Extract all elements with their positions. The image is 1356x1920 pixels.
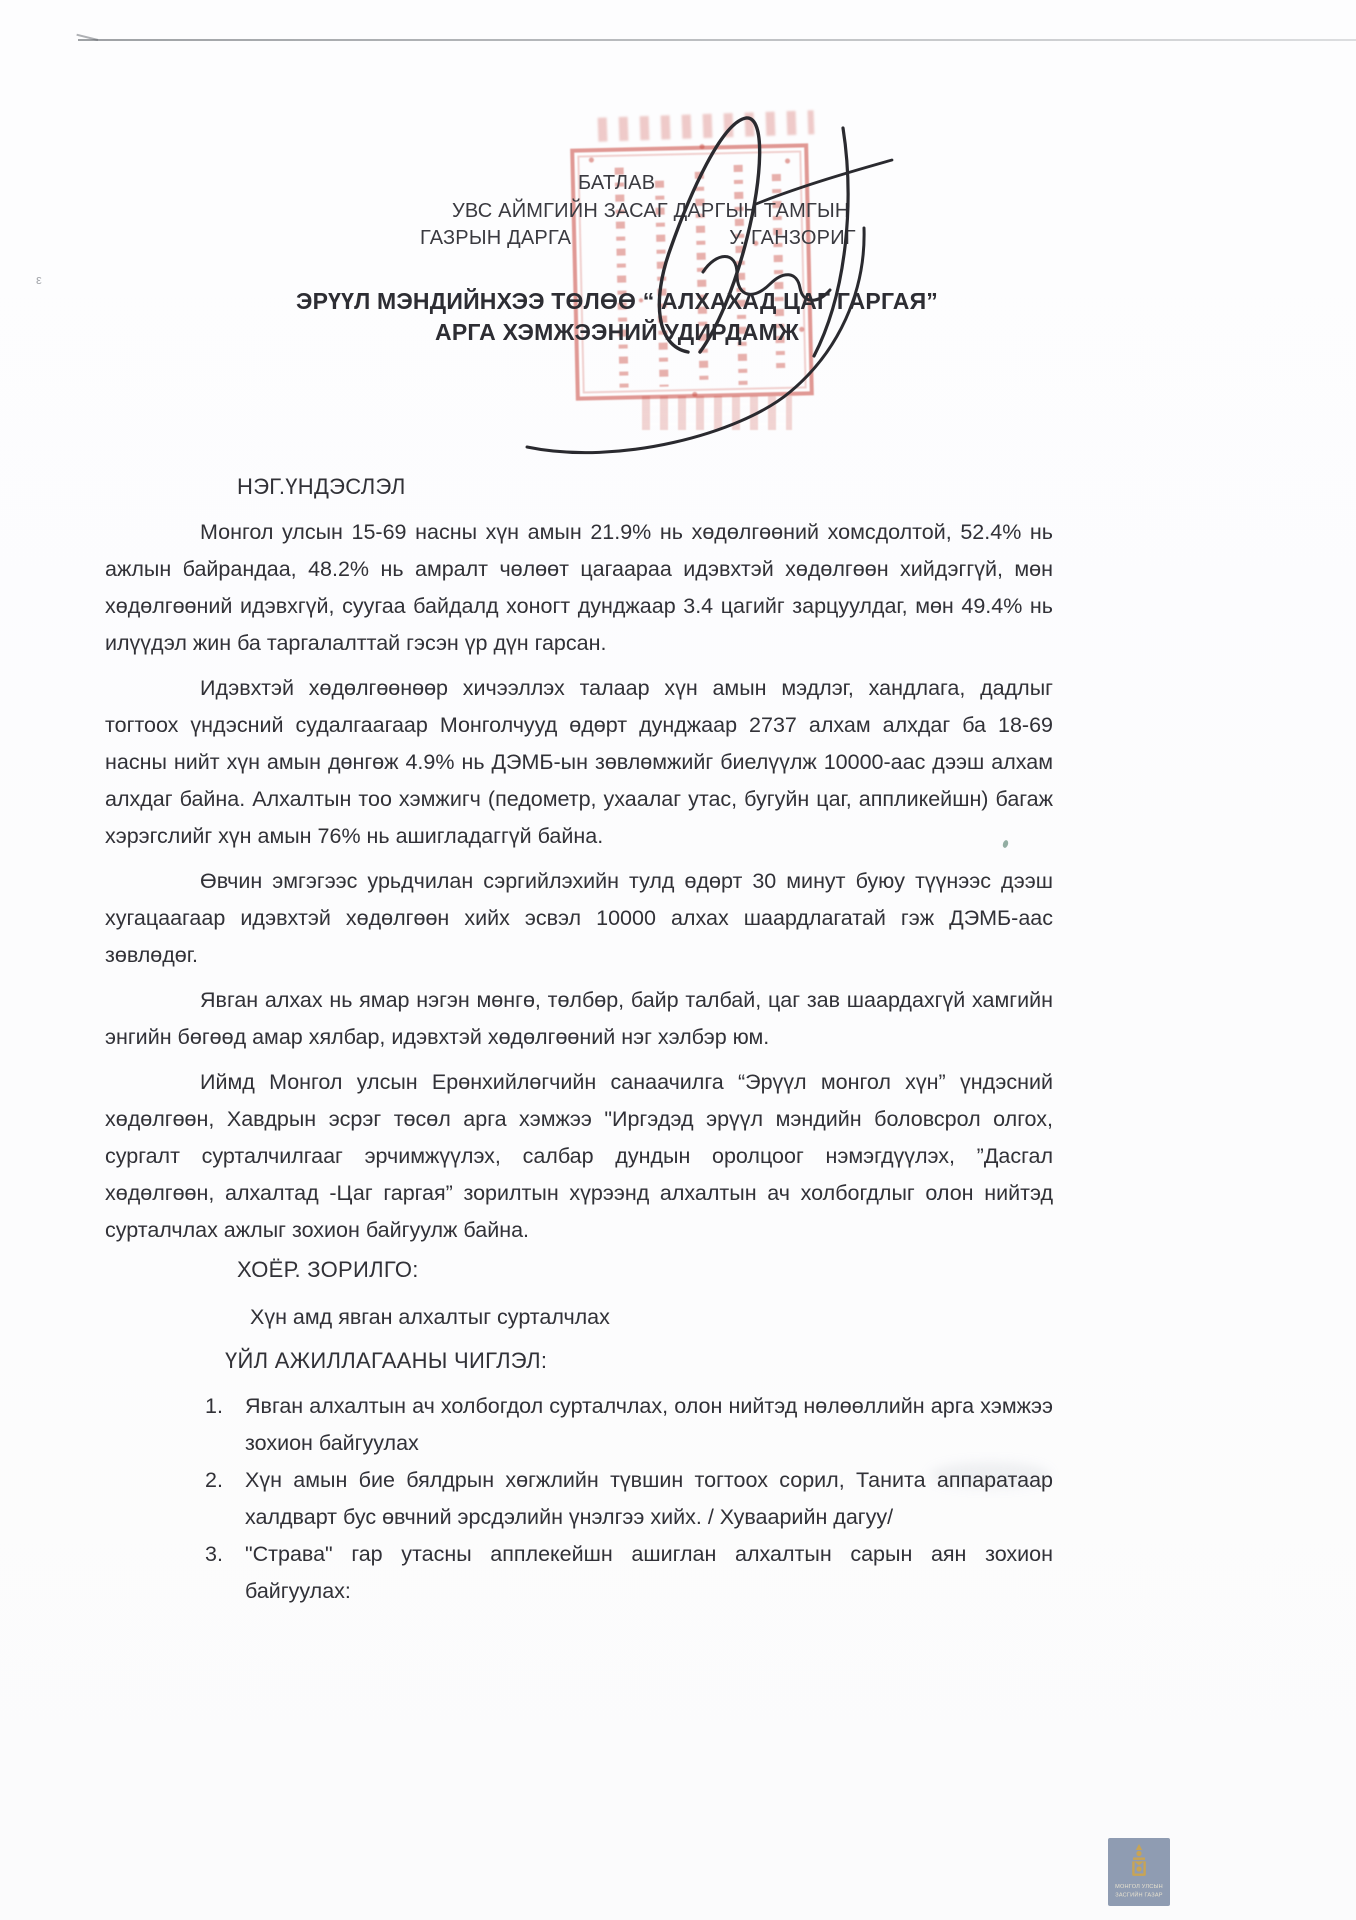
list-item: 1. Явган алхалтын ач холбогдол сурталчла… <box>205 1388 1053 1462</box>
signer-title: ГАЗРЫН ДАРГА <box>420 227 571 249</box>
paragraph: Явган алхах нь ямар нэгэн мөнгө, төлбөр,… <box>105 982 1053 1056</box>
list-item-number: 3. <box>205 1536 245 1610</box>
scan-edge-line <box>78 39 1356 41</box>
list-item: 2. Хүн амын бие бялдрын хөгжлийн түвшин … <box>205 1462 1053 1536</box>
goal-text: Хүн амд явган алхалтыг сурталчлах <box>250 1299 1053 1336</box>
section-two-heading: ХОЁР. ЗОРИЛГО: <box>237 1255 1053 1285</box>
list-item-text: Явган алхалтын ач холбогдол сурталчлах, … <box>245 1388 1053 1462</box>
approval-label: БАТЛАВ <box>578 172 655 195</box>
government-logo: МОНГОЛ УЛСЫН ЗАСГИЙН ГАЗАР <box>1108 1838 1170 1906</box>
list-item-number: 2. <box>205 1462 245 1536</box>
scan-artifact: ε <box>36 272 42 287</box>
logo-text-line-2: ЗАСГИЙН ГАЗАР <box>1115 1891 1163 1899</box>
document-title: ЭРҮҮЛ МЭНДИЙНХЭЭ ТӨЛӨӨ “ АЛХАХАД ЦАГ ГАР… <box>147 286 1087 348</box>
paragraph: Монгол улсын 15-69 насны хүн амын 21.9% … <box>105 514 1053 662</box>
approval-signer-line: ГАЗРЫН ДАРГАУ. ГАНЗОРИГ <box>420 227 856 250</box>
list-item-text: "Страва" гар утасны апплекейшн ашиглан а… <box>245 1536 1053 1610</box>
paragraph: Иймд Монгол улсын Ерөнхийлөгчийн санаачи… <box>105 1064 1053 1249</box>
document-body: НЭГ.ҮНДЭСЛЭЛ Монгол улсын 15-69 насны хү… <box>105 472 1053 1610</box>
list-item-text: Хүн амын бие бялдрын хөгжлийн түвшин тог… <box>245 1462 1053 1536</box>
logo-text-line-1: МОНГОЛ УЛСЫН <box>1115 1884 1163 1890</box>
paragraph: Өвчин эмгэгээс урьдчилан сэргийлэхийн ту… <box>105 863 1053 974</box>
title-line-2: АРГА ХЭМЖЭЭНИЙ УДИРДАМЖ <box>147 317 1087 348</box>
approval-organization: УВС АЙМГИЙН ЗАСАГ ДАРГЫН ТАМГЫН <box>452 200 850 223</box>
activities-heading: ҮЙЛ АЖИЛЛАГААНЫ ЧИГЛЭЛ: <box>225 1346 1053 1376</box>
paragraph: Идэвхтэй хөдөлгөөнөөр хичээллэх талаар х… <box>105 670 1053 855</box>
scanned-document-page: ε БАТЛАВ УВС АЙМГИЙН ЗАСАГ ДАРГЫН ТАМГЫН… <box>0 0 1356 1920</box>
list-item: 3. "Страва" гар утасны апплекейшн ашигла… <box>205 1536 1053 1610</box>
stamp-ink-fragments <box>642 396 792 430</box>
list-item-number: 1. <box>205 1388 245 1462</box>
activities-list: 1. Явган алхалтын ач холбогдол сурталчла… <box>205 1388 1053 1610</box>
title-line-1: ЭРҮҮЛ МЭНДИЙНХЭЭ ТӨЛӨӨ “ АЛХАХАД ЦАГ ГАР… <box>147 286 1087 317</box>
section-one-heading: НЭГ.ҮНДЭСЛЭЛ <box>237 472 1053 502</box>
signer-name: У. ГАНЗОРИГ <box>729 227 856 249</box>
